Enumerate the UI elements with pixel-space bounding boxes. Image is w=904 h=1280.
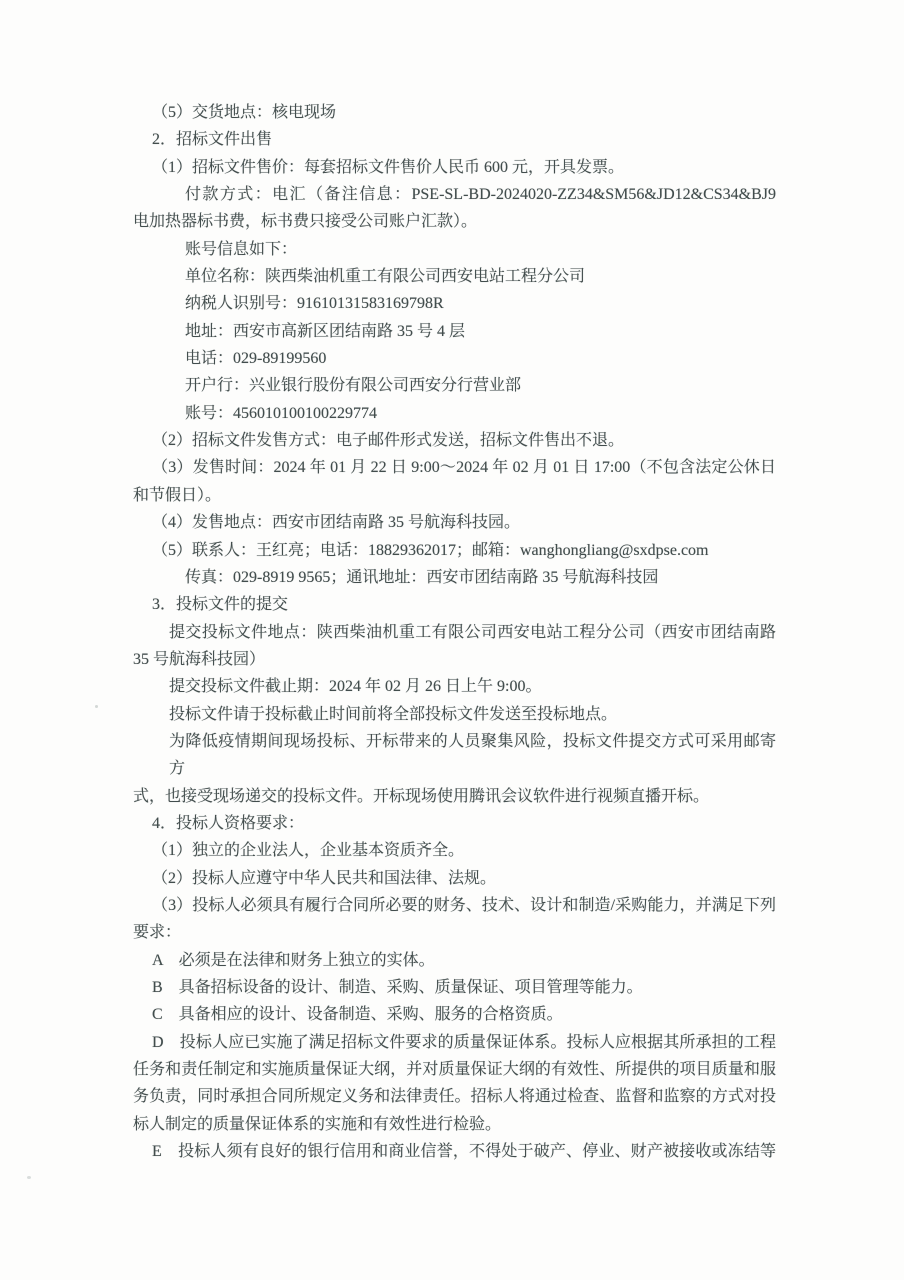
line-contact: （5）联系人：王红亮；电话：18829362017；邮箱：wanghonglia… [133, 537, 776, 564]
line-doc-price: （1）招标文件售价：每套招标文件售价人民币 600 元，开具发票。 [133, 154, 776, 181]
line-distribution-method: （2）招标文件发售方式：电子邮件形式发送，招标文件售出不退。 [133, 427, 776, 454]
document-page: （5）交货地点：核电现场 2．招标文件出售 （1）招标文件售价：每套招标文件售价… [0, 0, 904, 1280]
line-bank: 开户行：兴业银行股份有限公司西安分行营业部 [133, 372, 776, 399]
line-payment-method-cont: 电加热器标书费，标书费只接受公司账户汇款）。 [133, 208, 776, 235]
line-req-d: D 投标人应已实施了满足招标文件要求的质量保证体系。投标人应根据其所承担的工程 [133, 1029, 776, 1056]
document-text-block: （5）交货地点：核电现场 2．招标文件出售 （1）招标文件售价：每套招标文件售价… [133, 99, 776, 1165]
line-req-1: （1）独立的企业法人，企业基本资质齐全。 [133, 837, 776, 864]
line-address: 地址：西安市高新区团结南路 35 号 4 层 [133, 318, 776, 345]
line-submit-place: 提交投标文件地点：陕西柴油机重工有限公司西安电站工程分公司（西安市团结南路 [133, 619, 776, 646]
line-sec2-heading: 2．招标文件出售 [133, 126, 776, 153]
line-covid-note-cont: 式，也接受现场递交的投标文件。开标现场使用腾讯会议软件进行视频直播开标。 [133, 783, 776, 810]
line-delivery-place: （5）交货地点：核电现场 [133, 99, 776, 126]
line-phone: 电话：029-89199560 [133, 345, 776, 372]
line-req-3: （3）投标人必须具有履行合同所必要的财务、技术、设计和制造/采购能力，并满足下列 [133, 892, 776, 919]
line-req-e: E 投标人须有良好的银行信用和商业信誉，不得处于破产、停业、财产被接收或冻结等 [133, 1138, 776, 1165]
line-account-number: 账号：456010100100229774 [133, 400, 776, 427]
line-req-2: （2）投标人应遵守中华人民共和国法律、法规。 [133, 865, 776, 892]
line-company-name: 单位名称：陕西柴油机重工有限公司西安电站工程分公司 [133, 263, 776, 290]
line-covid-note: 为降低疫情期间现场投标、开标带来的人员聚集风险，投标文件提交方式可采用邮寄方 [133, 728, 776, 783]
line-req-a: A 必须是在法律和财务上独立的实体。 [133, 947, 776, 974]
line-taxpayer-id: 纳税人识别号：91610131583169798R [133, 290, 776, 317]
line-req-c: C 具备相应的设计、设备制造、采购、服务的合格资质。 [133, 1001, 776, 1028]
scan-speck [95, 705, 98, 708]
line-fax-mail-address: 传真：029-8919 9565；通讯地址：西安市团结南路 35 号航海科技园 [133, 564, 776, 591]
line-sale-time: （3）发售时间：2024 年 01 月 22 日 9:00～2024 年 02 … [133, 454, 776, 481]
line-submit-place-cont: 35 号航海科技园） [133, 646, 776, 673]
line-sale-time-cont: 和节假日）。 [133, 482, 776, 509]
line-req-d-cont1: 任务和责任制定和实施质量保证大纲，并对质量保证大纲的有效性、所提供的项目质量和服 [133, 1056, 776, 1083]
line-req-b: B 具备招标设备的设计、制造、采购、质量保证、项目管理等能力。 [133, 974, 776, 1001]
line-sec3-heading: 3．投标文件的提交 [133, 591, 776, 618]
line-sec4-heading: 4．投标人资格要求： [133, 810, 776, 837]
line-req-3-cont: 要求： [133, 919, 776, 946]
line-req-d-cont2: 务负责，同时承担合同所规定义务和法律责任。招标人将通过检查、监督和监察的方式对投 [133, 1083, 776, 1110]
scan-speck [27, 1176, 31, 1179]
line-submit-deadline: 提交投标文件截止期：2024 年 02 月 26 日上午 9:00。 [133, 673, 776, 700]
line-sale-place: （4）发售地点：西安市团结南路 35 号航海科技园。 [133, 509, 776, 536]
line-submit-note: 投标文件请于投标截止时间前将全部投标文件发送至投标地点。 [133, 701, 776, 728]
line-payment-method: 付款方式：电汇（备注信息：PSE-SL-BD-2024020-ZZ34&SM56… [133, 181, 776, 208]
line-req-d-cont3: 标人制定的质量保证体系的实施和有效性进行检验。 [133, 1111, 776, 1138]
line-account-info-header: 账号信息如下： [133, 236, 776, 263]
